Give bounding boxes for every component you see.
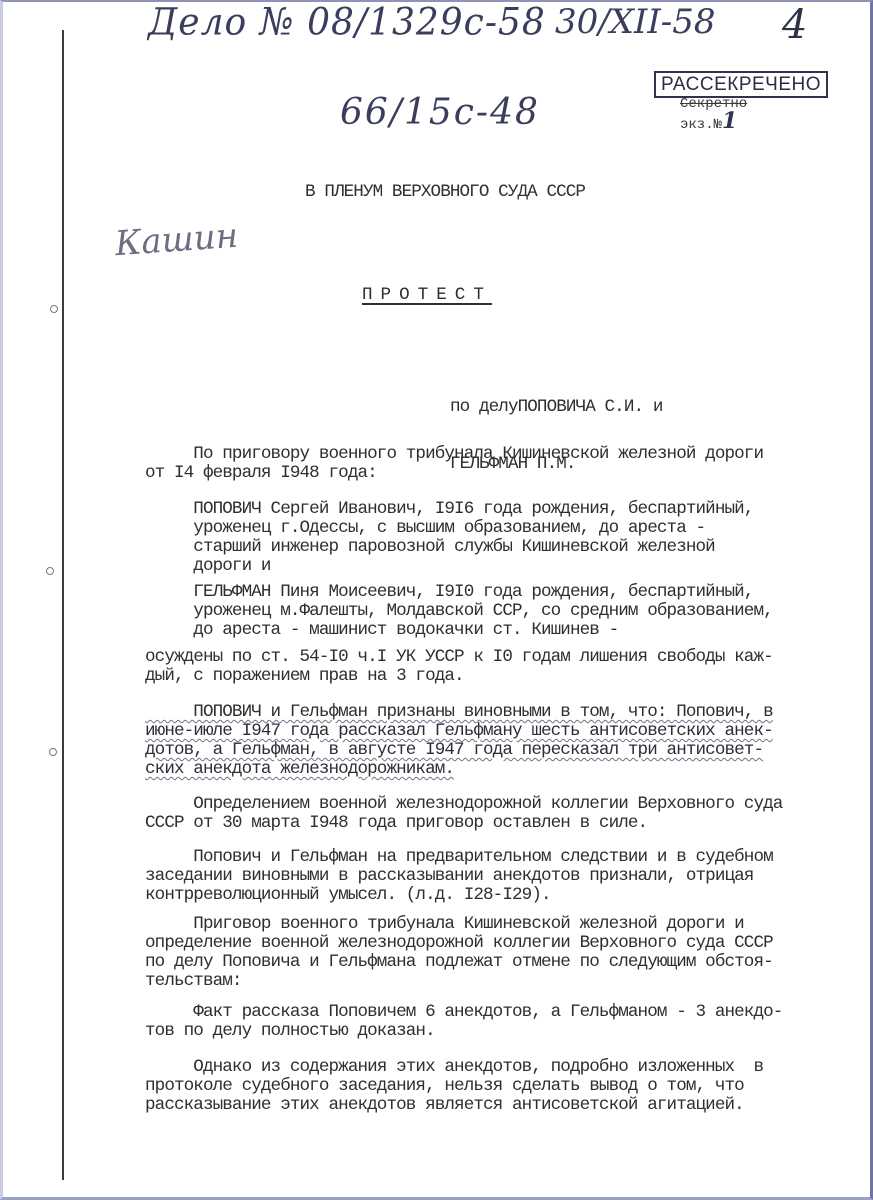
paragraph-line: дороги и <box>145 557 753 576</box>
paragraph: Определением военной железнодорожной кол… <box>145 795 782 833</box>
paragraph-line: дотов, а Гельфман, в августе I947 года п… <box>145 741 773 760</box>
paragraph-line: Попович и Гельфман на предварительном сл… <box>145 848 773 867</box>
paragraph: осуждены по ст. 54-I0 ч.I УК УССР к I0 г… <box>145 648 773 686</box>
paragraph-line: июне-июле I947 года рассказал Гельфману … <box>145 722 773 741</box>
paragraph-line: контрреволюционный умысел. (л.д. I28-I29… <box>145 886 773 905</box>
document-title: ПРОТЕСТ <box>362 286 492 305</box>
handwritten-case-number: Дело № 08/1329с-58 <box>148 1 546 44</box>
paragraph-line: Приговор военного трибунала Кишиневской … <box>145 915 773 934</box>
paragraph-line: рассказывание этих анекдотов является ан… <box>145 1096 763 1115</box>
paragraph-line: Определением военной железнодорожной кол… <box>145 795 782 814</box>
paragraph: ГЕЛЬФМАН Пиня Моисеевич, I9I0 года рожде… <box>145 583 773 640</box>
paragraph-line: ГЕЛЬФМАН Пиня Моисеевич, I9I0 года рожде… <box>145 583 773 602</box>
paragraph-line: ПОПОВИЧ Сергей Иванович, I9I6 года рожде… <box>145 500 753 519</box>
copy-label: экз.№ <box>680 117 722 133</box>
paragraph: По приговору военного трибунала Кишиневс… <box>145 445 763 483</box>
handwritten-date: 30/XII-58 <box>555 2 716 42</box>
paragraph-line: уроженец г.Одессы, с высшим образованием… <box>145 519 753 538</box>
paragraph-line: определение военной железнодорожной колл… <box>145 934 773 953</box>
handwritten-sheet-number: 4 <box>782 2 807 48</box>
secrecy-mark: Секретно экз.№1 <box>680 96 747 134</box>
paragraph: ПОПОВИЧ Сергей Иванович, I9I6 года рожде… <box>145 500 753 576</box>
declassified-stamp: РАССЕКРЕЧЕНО <box>654 71 828 98</box>
paragraph-line: заседании виновными в рассказывании анек… <box>145 867 773 886</box>
paragraph-line: до ареста - машинист водокачки ст. Кишин… <box>145 621 773 640</box>
paragraph-line: Однако из содержания этих анекдотов, под… <box>145 1058 763 1077</box>
paragraph: Однако из содержания этих анекдотов, под… <box>145 1058 763 1115</box>
paragraph-line: По приговору военного трибунала Кишиневс… <box>145 445 763 464</box>
punch-hole-mark <box>46 567 54 575</box>
paragraph-line: ских анекдота железнодорожникам. <box>145 760 773 779</box>
paragraph: Факт рассказа Поповичем 6 анекдотов, а Г… <box>145 1003 782 1041</box>
paragraph-line: уроженец м.Фалешты, Молдавской ССР, со с… <box>145 602 773 621</box>
paragraph-line: тов по делу полностью доказан. <box>145 1022 782 1041</box>
handwritten-signature: Кашин <box>114 216 240 264</box>
paragraph-line: от I4 февраля I948 года: <box>145 464 763 483</box>
paragraph: ПОПОВИЧ и Гельфман признаны виновными в … <box>145 703 773 779</box>
punch-hole-mark <box>50 305 58 313</box>
paragraph-line: по делу Поповича и Гельфмана подлежат от… <box>145 953 773 972</box>
punch-hole-mark <box>49 748 57 756</box>
paragraph-line: протоколе судебного заседания, нельзя сд… <box>145 1077 763 1096</box>
paragraph-line: ПОПОВИЧ и Гельфман признаны виновными в … <box>145 703 773 722</box>
addressee: В ПЛЕНУМ ВЕРХОВНОГО СУДА СССР <box>305 183 585 202</box>
paragraph: Приговор военного трибунала Кишиневской … <box>145 915 773 991</box>
binding-margin-line <box>62 30 64 1180</box>
paragraph-line: дый, с поражением прав на 3 года. <box>145 667 773 686</box>
paragraph-line: СССР от 30 марта I948 года приговор оста… <box>145 814 782 833</box>
copy-number: 1 <box>722 108 737 134</box>
paragraph: Попович и Гельфман на предварительном сл… <box>145 848 773 905</box>
paragraph-line: осуждены по ст. 54-I0 ч.I УК УССР к I0 г… <box>145 648 773 667</box>
paragraph-line: старший инженер паровозной службы Кишине… <box>145 538 753 557</box>
paragraph-line: тельствам: <box>145 972 773 991</box>
paragraph-line: Факт рассказа Поповичем 6 анекдотов, а Г… <box>145 1003 782 1022</box>
handwritten-file-number: 66/15с-48 <box>340 92 540 133</box>
case-reference-line: по делуПОПОВИЧА С.И. и <box>450 398 662 417</box>
